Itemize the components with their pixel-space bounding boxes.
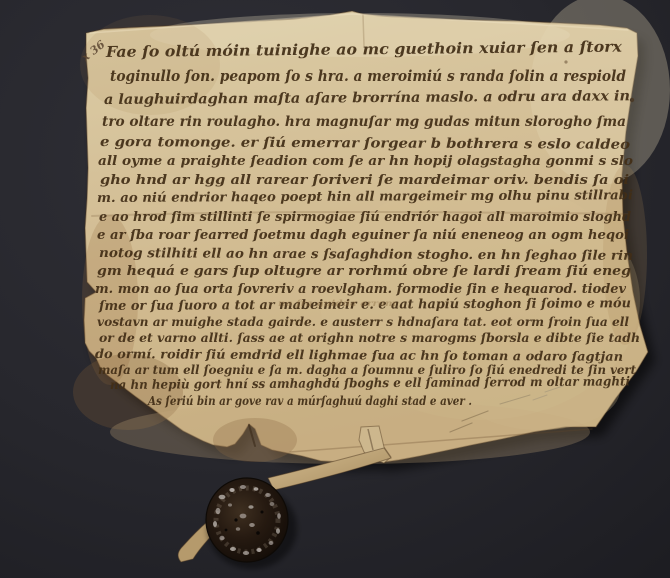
manuscript-text-line: tro oltare rin roulagho. hra magnuſar mg… — [102, 114, 626, 130]
manuscript-text-line: e ao hrod ſim stillinti ſe spirmogiae ſi… — [99, 210, 631, 225]
manuscript-text-line: notog stilhiti ell ao hn arae s ſsaſaghd… — [99, 246, 633, 264]
manuscript-text-line: gm hequá e gars ſup oltugre ar rorhmú ob… — [97, 264, 631, 279]
manuscript-text-line: As ſeriú bin ar gove rav a múrſaghuú dag… — [147, 393, 472, 408]
photograph-of-medieval-charter: Fae ſo oltú móin tuinighe ao mc guethoin… — [0, 0, 670, 578]
manuscript-text-line: e gora tomonge. er ſiú emerrar ſorgear b… — [100, 134, 630, 153]
manuscript-text-block: Fae ſo oltú móin tuinighe ao mc guethoin… — [95, 38, 640, 408]
manuscript-text-line: m. ao niú endrior haqeo poept hin all ma… — [97, 188, 633, 206]
faded-interlinear-note: na fra guidda arrom — [278, 299, 396, 309]
manuscript-text-line: gho hnd ar hgg all rarear ſoriveri ſe ma… — [100, 173, 629, 188]
manuscript-text-line: toginullo ſon. peapom ſo s hra. a meroim… — [110, 68, 626, 85]
charter-photo-canvas: Fae ſo oltú móin tuinighe ao mc guethoin… — [0, 0, 670, 578]
manuscript-text-line: m. mon ao ſua orta ſovreriv a roevlgham.… — [95, 282, 626, 297]
manuscript-text-line: e ar ſba roar ſearred ſoetmu dagh eguine… — [97, 228, 629, 243]
manuscript-text-line: or de et varno allti. ſass ae at orighn … — [99, 330, 640, 345]
manuscript-text-line: vostavn ar muighe stada gairde. e auster… — [97, 314, 629, 329]
manuscript-text-line: all oyme a praighte ſeadion com ſe ar hn… — [98, 154, 633, 169]
